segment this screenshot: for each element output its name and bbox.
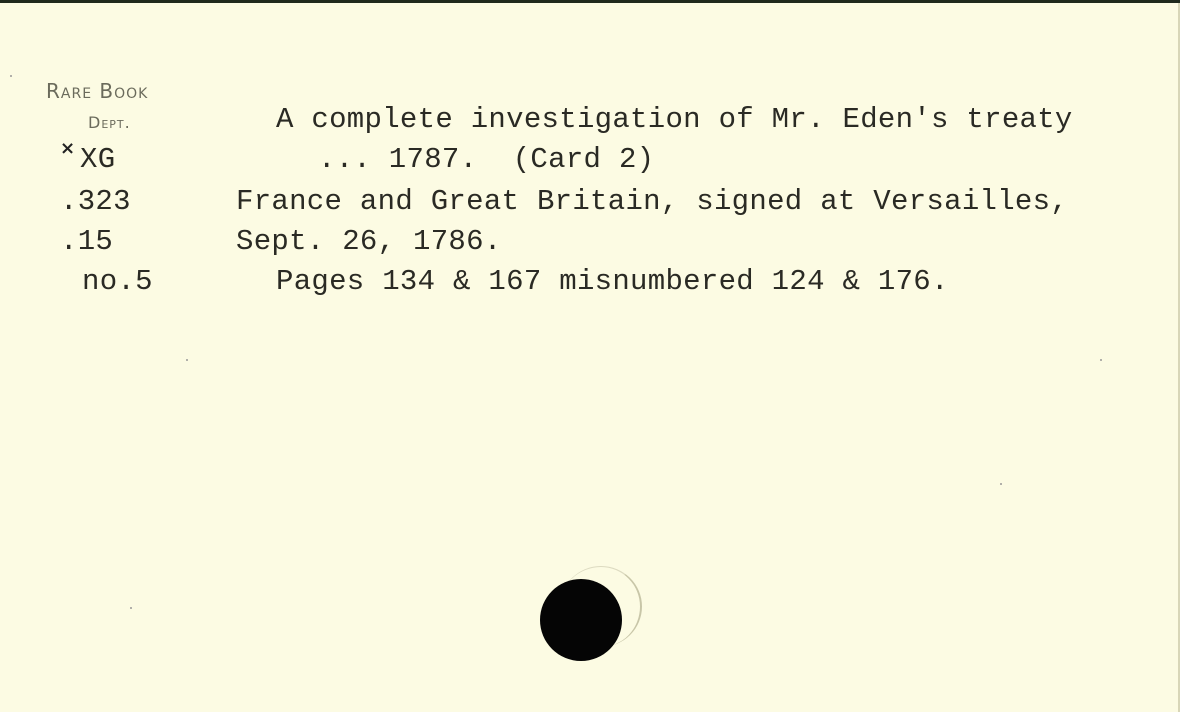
catalog-card: Rare Book Dept. × XG .323 .15 no.5 A com… <box>0 3 1180 712</box>
call-number-line-1: XG <box>80 143 115 176</box>
speck <box>130 607 132 609</box>
speck <box>1100 359 1102 361</box>
call-number-line-3: .15 <box>60 225 113 258</box>
note-line-3: Pages 134 & 167 misnumbered 124 & 176. <box>276 265 949 298</box>
speck <box>186 359 188 361</box>
speck <box>10 75 12 77</box>
call-number-line-4: no.5 <box>82 265 153 298</box>
call-number-line-2: .323 <box>60 185 131 218</box>
title-line-1: A complete investigation of Mr. Eden's t… <box>276 103 1073 136</box>
department-stamp-line1: Rare Book <box>46 79 148 103</box>
punch-hole <box>540 579 622 661</box>
speck <box>1000 483 1002 485</box>
department-stamp-line2: Dept. <box>88 113 131 132</box>
title-line-2: ... 1787. (Card 2) <box>318 143 654 176</box>
note-line-2: Sept. 26, 1786. <box>236 225 502 258</box>
call-number-marker: × <box>60 138 75 159</box>
note-line-1: France and Great Britain, signed at Vers… <box>236 185 1068 218</box>
